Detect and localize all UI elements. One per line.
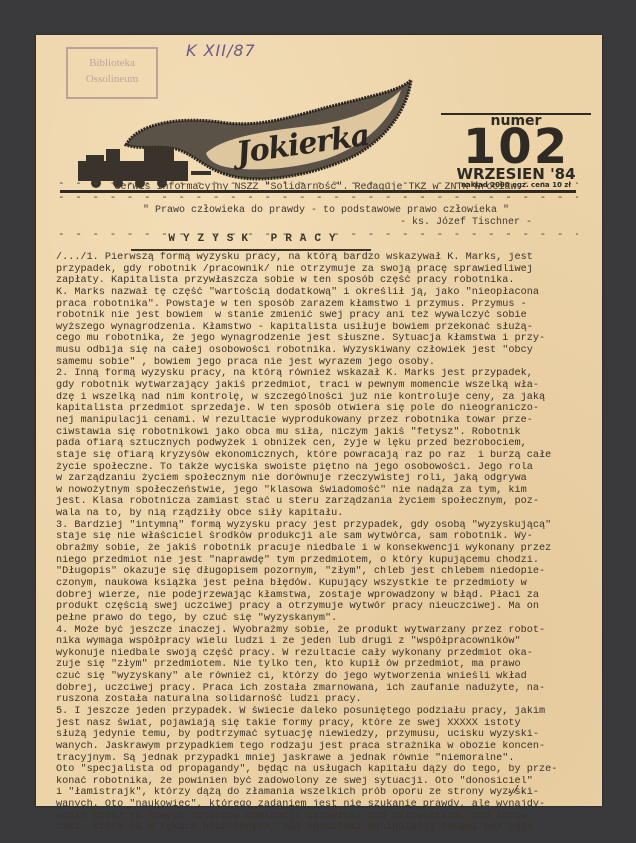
text-line: zuje się "złym" przedmiotem. Nie tylko t… [56,659,586,671]
text-line: "Długopis" okazuje się długopisem pozorn… [56,566,586,578]
continued-mark: ./. [506,785,526,797]
text-line: staje się nie właściciel środków produkc… [56,531,586,543]
title-underline [131,249,371,251]
text-line: robotnik nie jest bowiem w stanie zmieni… [56,310,586,322]
quote-author: - ks. Józef Tischner - [400,217,532,228]
issue-number: 102 [441,127,591,167]
text-line: pełne prawo do tego, by czuć się "wyzysk… [56,613,586,625]
text-line: gdy robotnik wytwarzający jakiś przedmio… [56,380,586,392]
text-line: tracyjnym. Są jednak przypadki mniej jas… [56,753,586,765]
text-line: czuć się "wyzyskany" ale również ci, któ… [56,671,586,683]
text-line: pada ofiarą sztucznych podwyżek i obniże… [56,438,586,450]
text-line: nej manipulacji cenami. W rezultacie wyp… [56,415,586,427]
text-line: wanie coraz to nowych sposobów dominacji… [56,811,586,823]
handwritten-note: K XII/87 [186,41,256,60]
text-line: niego przedmiot nie jest "naprawdę" tym … [56,555,586,567]
text-line: produkt częścią swej uczciwej pracy a ot… [56,601,586,613]
text-line: ciwstawia się robotnikowi jako obca mu s… [56,427,586,439]
text-line: 5. I jeszcze jeden przypadek. W świecie … [56,706,586,718]
text-line: życie społeczne. To także wyciska swoist… [56,462,586,474]
text-line: czonym, naukowa książka jest pełna błędó… [56,578,586,590]
dashed-divider: - - - - - - - - - - - - - - - - - - - - … [58,193,578,203]
text-line: Oto "specjalista od propagandy", będąc n… [56,764,586,776]
text-line: dzę i wszelką nad nim kontrolę, w szczeg… [56,392,586,404]
text-line: cami, które są w rękach bezbronnych, nad… [56,822,586,834]
text-line: przypadek, gdy robotnik /pracownik/ nie … [56,264,586,276]
stamp-line: Biblioteka [68,55,156,71]
text-line: 3. Bardziej "intymną" formą wyzysku prac… [56,520,586,532]
text-line: jest nasz świat, pojawiają się takie for… [56,718,586,730]
text-line: wanych. Jaskrawym przypadkiem tego rodza… [56,741,586,753]
info-line: Serwis informacyjny NSZZ "Solidarność". … [56,182,581,193]
article-body: /.../1. Pierwszą formą wyzysku pracy, na… [56,252,586,834]
text-line: kapitalista przedmiot sprzedaje. W ten s… [56,403,586,415]
text-line: 4. Może być jeszcze inaczej. Wyobraźmy s… [56,625,586,637]
text-line: praca robotnika". Powstaje w ten sposób … [56,299,586,311]
text-line: ruszona została naturalna solidarność lu… [56,694,586,706]
text-line: nika wymaga współpracy wielu ludzi i że … [56,636,586,648]
text-line: wykonuje niedbale swoją część pracy. W r… [56,648,586,660]
article-title: WYZYSK PRACY [146,233,366,245]
text-line: zapłaty. Kapitalista przywłaszcza sobie … [56,275,586,287]
text-line: /.../1. Pierwszą formą wyzysku pracy, na… [56,252,586,264]
text-line: obraźmy sobie, że jakiś robotnik pracuje… [56,543,586,555]
text-line: cego mu robotnika, że jego wynagrodzenie… [56,333,586,345]
text-line: musu odbija się na całej osobowości robo… [56,345,586,357]
text-line: w zarządzaniu życiem społecznym nie doró… [56,473,586,485]
text-line: staje się ofiarą kryzysów ekonomicznych,… [56,450,586,462]
text-line: K. Marks nazwał tę część "wartością doda… [56,287,586,299]
text-line: 2. Inną formą wyzysku pracy, na którą ró… [56,368,586,380]
document-page: Biblioteka Ossolineum K XII/87 Jokierka … [36,35,602,806]
quote: " Prawo człowieka do prawdy - to podstaw… [66,205,586,216]
text-line: w nowożytnym społeczeństwie, jego "klaso… [56,485,586,497]
text-line: jest. Klasa robotnicza zamiast stać u st… [56,496,586,508]
text-line: dobrej wierze, nie podejrzewając kłamstw… [56,590,586,602]
text-line: wyższego wynagrodzenia. Kłamstwo - kapit… [56,322,586,334]
text-line: dobrej, uczciwej pracy. Praca ich został… [56,683,586,695]
text-line: samemu sobie" , bowiem jego praca nie je… [56,357,586,369]
text-line: wanych. Oto "naukowiec", którego zadanie… [56,799,586,811]
text-line: wala na to, by nią rządziły obce siły ka… [56,508,586,520]
text-line: służą jedynie temu, by podtrzymać sytuac… [56,729,586,741]
